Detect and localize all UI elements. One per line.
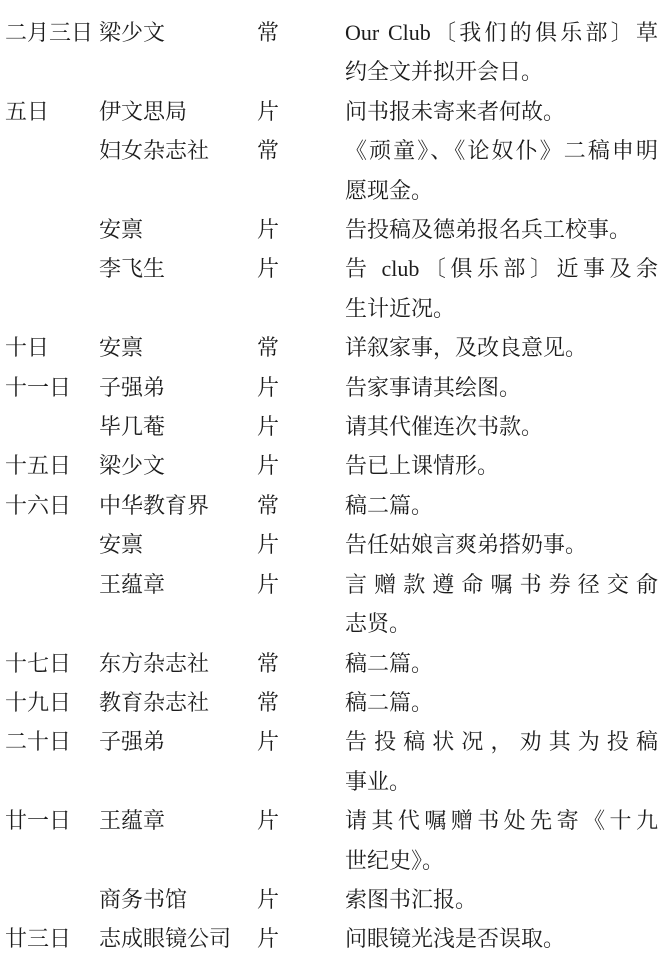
letter-type-cell: 常 <box>257 683 345 722</box>
date-cell: 十七日 <box>5 644 99 683</box>
content-line: 《顽童》、《论奴仆》二稿申明 <box>345 131 658 170</box>
content-line: 请其代嘱赠书处先寄《十九 <box>345 801 658 840</box>
content-line: 愿现金。 <box>345 171 658 210</box>
content-line: 告投稿及德弟报名兵工校事。 <box>345 210 658 249</box>
content-line: 世纪史》。 <box>345 841 658 880</box>
register-row: 妇女杂志社 常 《顽童》、《论奴仆》二稿申明愿现金。 <box>5 131 658 210</box>
content-cell: 请其代催连次书款。 <box>345 407 658 446</box>
content-line: 志贤。 <box>345 604 658 643</box>
register-row: 安禀 片 告任姑娘言爽弟搭奶事。 <box>5 525 658 564</box>
date-cell: 十一日 <box>5 368 99 407</box>
recipient-cell: 教育杂志社 <box>99 683 257 722</box>
content-cell: 请其代嘱赠书处先寄《十九世纪史》。 <box>345 801 658 880</box>
content-line: 告家事请其绘图。 <box>345 368 658 407</box>
letter-type-cell: 片 <box>257 919 345 958</box>
content-line: 稿二篇。 <box>345 644 658 683</box>
letter-type-cell: 常 <box>257 328 345 367</box>
date-cell: 十九日 <box>5 683 99 722</box>
recipient-cell: 伊文思局 <box>99 92 257 131</box>
content-cell: 稿二篇。 <box>345 683 658 722</box>
recipient-cell: 安禀 <box>99 525 257 564</box>
date-cell: 廿一日 <box>5 801 99 840</box>
register-row: 十日 安禀 常 详叙家事，及改良意见。 <box>5 328 658 367</box>
content-cell: 告任姑娘言爽弟搭奶事。 <box>345 525 658 564</box>
register-row: 毕几菴 片 请其代催连次书款。 <box>5 407 658 446</box>
content-cell: 言赠款遵命嘱书券径交俞志贤。 <box>345 565 658 644</box>
date-cell: 五日 <box>5 92 99 131</box>
content-cell: 详叙家事，及改良意见。 <box>345 328 658 367</box>
content-cell: 告投稿及德弟报名兵工校事。 <box>345 210 658 249</box>
register-row: 五日 伊文思局 片 问书报未寄来者何故。 <box>5 92 658 131</box>
letter-type-cell: 片 <box>257 880 345 919</box>
letter-type-cell: 片 <box>257 801 345 840</box>
content-cell: 索图书汇报。 <box>345 880 658 919</box>
recipient-cell: 中华教育界 <box>99 486 257 525</box>
recipient-cell: 子强弟 <box>99 722 257 761</box>
letter-type-cell: 片 <box>257 525 345 564</box>
content-line: 告投稿状况，劝其为投稿 <box>345 722 658 761</box>
register-row: 十六日 中华教育界 常 稿二篇。 <box>5 486 658 525</box>
recipient-cell: 妇女杂志社 <box>99 131 257 170</box>
content-line: 问书报未寄来者何故。 <box>345 92 658 131</box>
recipient-cell: 梁少文 <box>99 446 257 485</box>
content-cell: 告已上课情形。 <box>345 446 658 485</box>
content-cell: Our Club〔我们的俱乐部〕草约全文并拟开会日。 <box>345 13 658 92</box>
content-cell: 告家事请其绘图。 <box>345 368 658 407</box>
register-row: 十七日 东方杂志社 常 稿二篇。 <box>5 644 658 683</box>
recipient-cell: 安禀 <box>99 328 257 367</box>
recipient-cell: 梁少文 <box>99 13 257 52</box>
recipient-cell: 子强弟 <box>99 368 257 407</box>
content-cell: 告 club〔俱乐部〕近事及余生计近况。 <box>345 249 658 328</box>
register-row: 廿一日 王蕴章 片 请其代嘱赠书处先寄《十九世纪史》。 <box>5 801 658 880</box>
register-row: 安禀 片 告投稿及德弟报名兵工校事。 <box>5 210 658 249</box>
content-line: 稿二篇。 <box>345 683 658 722</box>
letter-type-cell: 常 <box>257 13 345 52</box>
content-line: 告 club〔俱乐部〕近事及余 <box>345 249 658 288</box>
date-cell: 二月三日 <box>5 13 99 52</box>
content-line: 问眼镜光浅是否误取。 <box>345 919 658 958</box>
register-row: 商务书馆 片 索图书汇报。 <box>5 880 658 919</box>
letter-type-cell: 片 <box>257 210 345 249</box>
date-cell: 廿三日 <box>5 919 99 958</box>
content-line: 请其代催连次书款。 <box>345 407 658 446</box>
recipient-cell: 安禀 <box>99 210 257 249</box>
letter-type-cell: 片 <box>257 249 345 288</box>
content-cell: 告投稿状况，劝其为投稿事业。 <box>345 722 658 801</box>
letter-type-cell: 片 <box>257 446 345 485</box>
register-row: 十一日 子强弟 片 告家事请其绘图。 <box>5 368 658 407</box>
content-cell: 《顽童》、《论奴仆》二稿申明愿现金。 <box>345 131 658 210</box>
content-line: 索图书汇报。 <box>345 880 658 919</box>
date-cell: 十五日 <box>5 446 99 485</box>
letter-type-cell: 常 <box>257 486 345 525</box>
content-cell: 稿二篇。 <box>345 486 658 525</box>
letter-type-cell: 片 <box>257 722 345 761</box>
letter-type-cell: 片 <box>257 565 345 604</box>
register-row: 十九日 教育杂志社 常 稿二篇。 <box>5 683 658 722</box>
register-row: 王蕴章 片 言赠款遵命嘱书券径交俞志贤。 <box>5 565 658 644</box>
date-cell: 十日 <box>5 328 99 367</box>
content-line: 详叙家事，及改良意见。 <box>345 328 658 367</box>
content-line: 告任姑娘言爽弟搭奶事。 <box>345 525 658 564</box>
date-cell: 十六日 <box>5 486 99 525</box>
content-cell: 问眼镜光浅是否误取。 <box>345 919 658 958</box>
letter-type-cell: 片 <box>257 407 345 446</box>
register-row: 二月三日 梁少文 常 Our Club〔我们的俱乐部〕草约全文并拟开会日。 <box>5 13 658 92</box>
recipient-cell: 王蕴章 <box>99 801 257 840</box>
content-line: 告已上课情形。 <box>345 446 658 485</box>
letter-register-page: 二月三日 梁少文 常 Our Club〔我们的俱乐部〕草约全文并拟开会日。 五日… <box>0 0 664 960</box>
content-line: 言赠款遵命嘱书券径交俞 <box>345 565 658 604</box>
recipient-cell: 毕几菴 <box>99 407 257 446</box>
register-row: 廿三日 志成眼镜公司 片 问眼镜光浅是否误取。 <box>5 919 658 958</box>
content-line: 生计近况。 <box>345 289 658 328</box>
register-row: 李飞生 片 告 club〔俱乐部〕近事及余生计近况。 <box>5 249 658 328</box>
recipient-cell: 李飞生 <box>99 249 257 288</box>
register-row: 二十日 子强弟 片 告投稿状况，劝其为投稿事业。 <box>5 722 658 801</box>
content-line: 约全文并拟开会日。 <box>345 52 658 91</box>
content-cell: 稿二篇。 <box>345 644 658 683</box>
recipient-cell: 商务书馆 <box>99 880 257 919</box>
letter-type-cell: 片 <box>257 92 345 131</box>
content-cell: 问书报未寄来者何故。 <box>345 92 658 131</box>
recipient-cell: 王蕴章 <box>99 565 257 604</box>
recipient-cell: 东方杂志社 <box>99 644 257 683</box>
register-row: 十五日 梁少文 片 告已上课情形。 <box>5 446 658 485</box>
content-line: 稿二篇。 <box>345 486 658 525</box>
content-line: Our Club〔我们的俱乐部〕草 <box>345 13 658 52</box>
date-cell: 二十日 <box>5 722 99 761</box>
letter-type-cell: 常 <box>257 644 345 683</box>
recipient-cell: 志成眼镜公司 <box>99 919 257 958</box>
letter-type-cell: 常 <box>257 131 345 170</box>
content-line: 事业。 <box>345 762 658 801</box>
letter-type-cell: 片 <box>257 368 345 407</box>
